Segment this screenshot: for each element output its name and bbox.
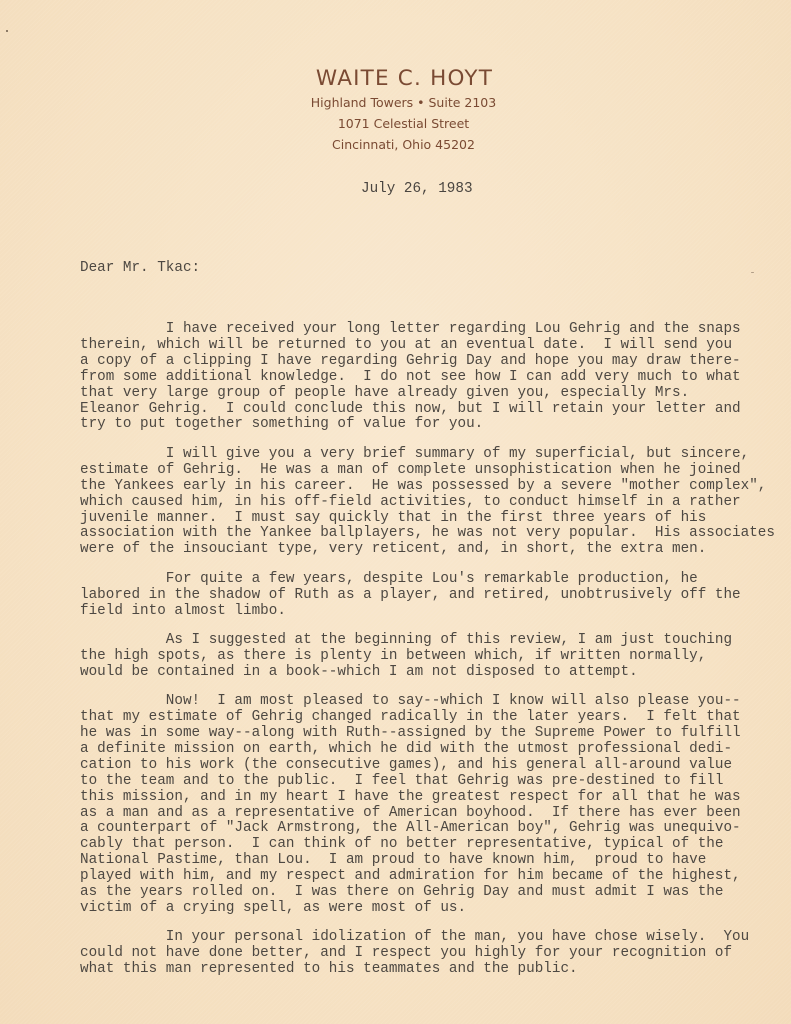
- text-line: were of the insouciant type, very retice…: [80, 542, 780, 558]
- paragraph: As I suggested at the beginning of this …: [80, 633, 780, 681]
- text-line: estimate of Gehrig. He was a man of comp…: [80, 463, 780, 479]
- text-line: which caused him, in his off-field activ…: [80, 495, 780, 511]
- text-line: As I suggested at the beginning of this …: [80, 633, 780, 649]
- text-line: as a man and as a representative of Amer…: [80, 806, 780, 822]
- paragraph: I have received your long letter regardi…: [80, 322, 780, 433]
- text-line: that my estimate of Gehrig changed radic…: [80, 710, 780, 726]
- salutation: Dear Mr. Tkac:: [80, 261, 780, 277]
- paper-speck: [751, 272, 754, 273]
- text-line: labored in the shadow of Ruth as a playe…: [80, 588, 780, 604]
- text-line: therein, which will be returned to you a…: [80, 338, 780, 354]
- text-line: National Pastime, than Lou. I am proud t…: [80, 853, 780, 869]
- text-line: the high spots, as there is plenty in be…: [80, 649, 780, 665]
- text-line: the Yankees early in his career. He was …: [80, 479, 780, 495]
- text-line: juvenile manner. I must say quickly that…: [80, 511, 780, 527]
- text-line: association with the Yankee ballplayers,…: [80, 526, 780, 542]
- text-line: a copy of a clipping I have regarding Ge…: [80, 354, 780, 370]
- text-line: that very large group of people have alr…: [80, 386, 780, 402]
- paragraph: I will give you a very brief summary of …: [80, 447, 780, 558]
- text-line: a definite mission on earth, which he di…: [80, 742, 780, 758]
- paragraph: For quite a few years, despite Lou's rem…: [80, 572, 780, 620]
- text-line: as the years rolled on. I was there on G…: [80, 885, 780, 901]
- text-line: Eleanor Gehrig. I could conclude this no…: [80, 402, 780, 418]
- text-line: he was in some way--along with Ruth--ass…: [80, 726, 780, 742]
- text-line: a counterpart of "Jack Armstrong, the Al…: [80, 821, 780, 837]
- text-line: field into almost limbo.: [80, 604, 780, 620]
- text-line: from some additional knowledge. I do not…: [80, 370, 780, 386]
- text-line: what this man represented to his teammat…: [80, 962, 780, 978]
- paragraph: Now! I am most pleased to say--which I k…: [80, 694, 780, 917]
- letterhead: WAITE C. HOYT Highland Towers • Suite 21…: [0, 66, 791, 155]
- text-line: cably that person. I can think of no bet…: [80, 837, 780, 853]
- letterhead-name: WAITE C. HOYT: [18, 66, 791, 92]
- text-line: For quite a few years, despite Lou's rem…: [80, 572, 780, 588]
- paragraphs: I have received your long letter regardi…: [80, 322, 780, 978]
- paper-speck: [6, 30, 8, 32]
- paragraph: In your personal idolization of the man,…: [80, 930, 780, 978]
- text-line: to the team and to the public. I feel th…: [80, 774, 780, 790]
- text-line: would be contained in a book--which I am…: [80, 665, 780, 681]
- text-line: Now! I am most pleased to say--which I k…: [80, 694, 780, 710]
- letter-date: July 26, 1983: [361, 181, 473, 197]
- letter-body: Dear Mr. Tkac: I have received your long…: [80, 229, 780, 1007]
- text-line: I have received your long letter regardi…: [80, 322, 780, 338]
- text-line: played with him, and my respect and admi…: [80, 869, 780, 885]
- letterhead-address-line-2: 1071 Celestial Street: [16, 113, 791, 134]
- text-line: could not have done better, and I respec…: [80, 946, 780, 962]
- text-line: cation to his work (the consecutive game…: [80, 758, 780, 774]
- letterhead-address-line-3: Cincinnati, Ohio 45202: [16, 134, 791, 155]
- text-line: this mission, and in my heart I have the…: [80, 790, 780, 806]
- text-line: I will give you a very brief summary of …: [80, 447, 780, 463]
- text-line: try to put together something of value f…: [80, 417, 780, 433]
- text-line: victim of a crying spell, as were most o…: [80, 901, 780, 917]
- letterhead-address-line-1: Highland Towers • Suite 2103: [16, 92, 791, 113]
- text-line: In your personal idolization of the man,…: [80, 930, 780, 946]
